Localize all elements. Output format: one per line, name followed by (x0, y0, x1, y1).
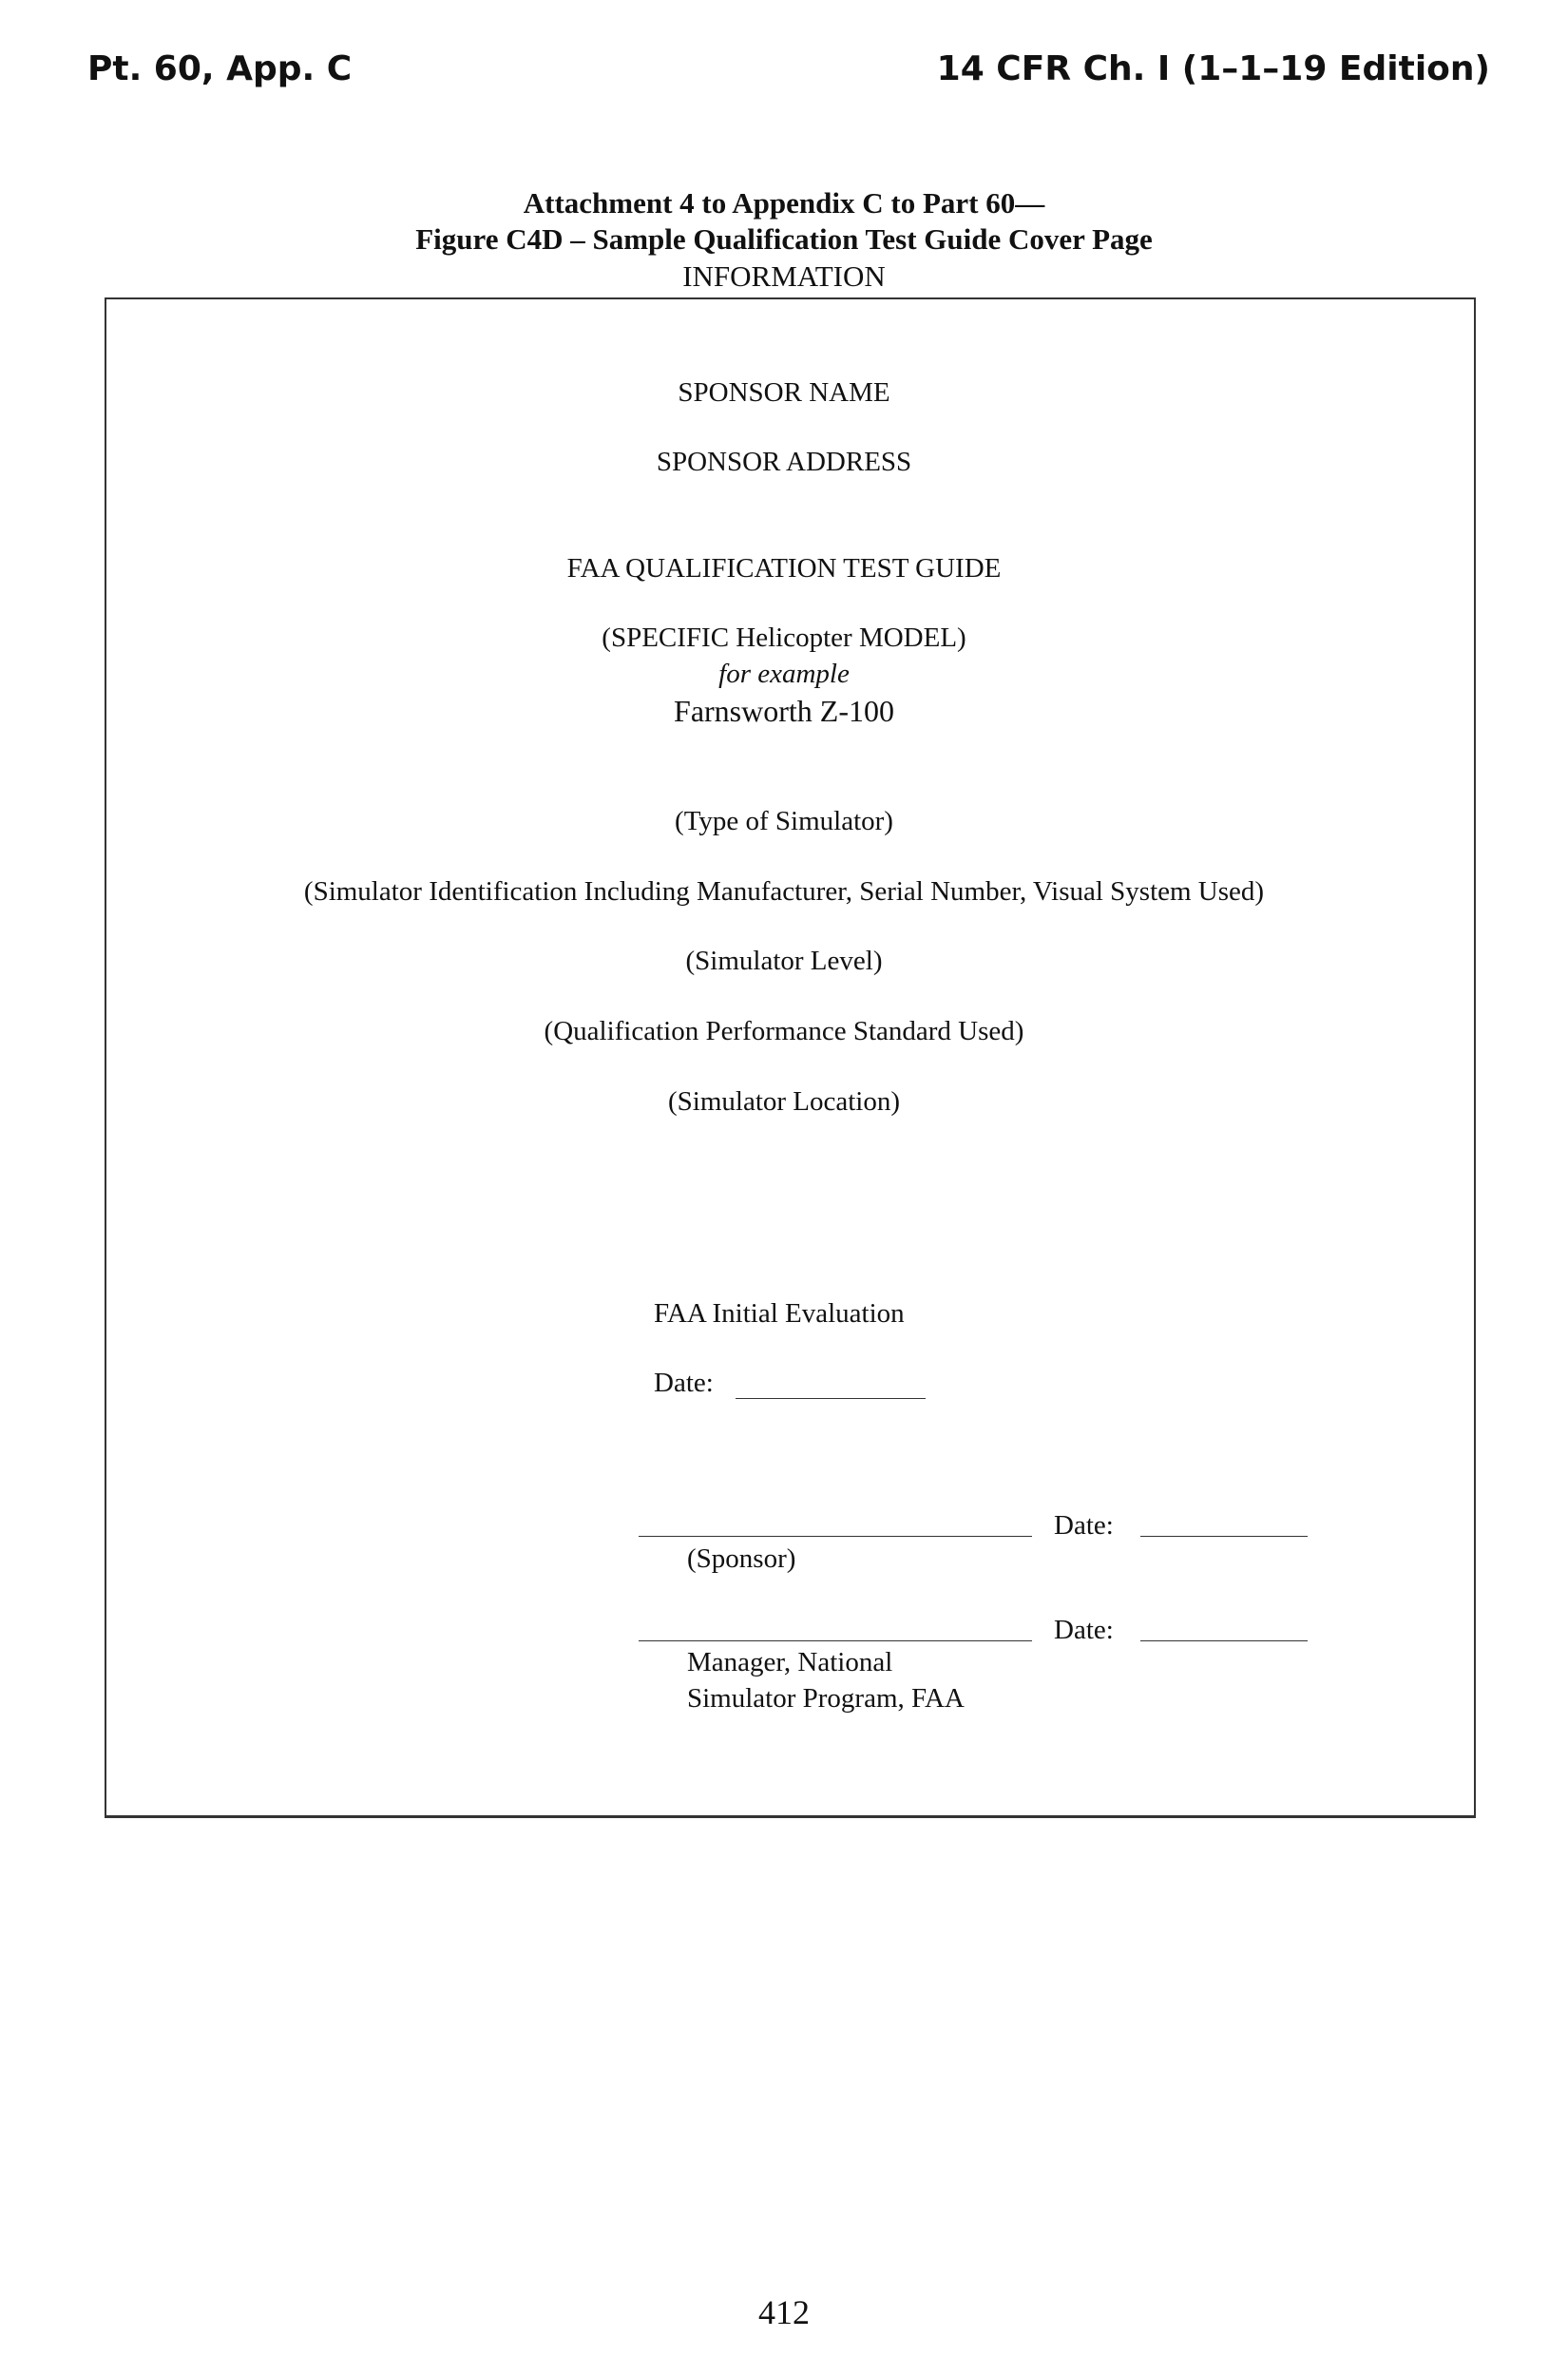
example-model: Farnsworth Z-100 (0, 694, 1568, 729)
simulator-identification: (Simulator Identification Including Manu… (0, 876, 1568, 908)
manager-role-line2: Simulator Program, FAA (687, 1683, 965, 1715)
simulator-type: (Type of Simulator) (0, 806, 1568, 837)
sponsor-address: SPONSOR ADDRESS (0, 447, 1568, 478)
manager-date-field[interactable] (1140, 1640, 1308, 1641)
helicopter-model: (SPECIFIC Helicopter MODEL) (0, 623, 1568, 654)
sponsor-name: SPONSOR NAME (0, 377, 1568, 409)
page-number: 412 (0, 2292, 1568, 2332)
running-header-right: 14 CFR Ch. I (1–1–19 Edition) (937, 49, 1490, 88)
manager-signature-line[interactable] (639, 1640, 1032, 1641)
qps-used: (Qualification Performance Standard Used… (0, 1016, 1568, 1047)
sponsor-signature-line[interactable] (639, 1536, 1032, 1537)
initial-date-label: Date: (654, 1368, 714, 1399)
sponsor-role: (Sponsor) (687, 1543, 795, 1575)
sponsor-date-label: Date: (1054, 1510, 1114, 1542)
manager-role-line1: Manager, National (687, 1647, 892, 1678)
attachment-title: Attachment 4 to Appendix C to Part 60— (0, 186, 1568, 220)
simulator-level: (Simulator Level) (0, 946, 1568, 977)
guide-title: FAA QUALIFICATION TEST GUIDE (0, 553, 1568, 584)
sponsor-date-field[interactable] (1140, 1536, 1308, 1537)
figure-title: Figure C4D – Sample Qualification Test G… (0, 222, 1568, 257)
running-header-left: Pt. 60, App. C (87, 49, 352, 88)
simulator-location: (Simulator Location) (0, 1086, 1568, 1118)
manager-date-label: Date: (1054, 1615, 1114, 1646)
initial-evaluation-label: FAA Initial Evaluation (654, 1298, 905, 1330)
cover-page-frame (105, 297, 1476, 1818)
figure-subtitle: INFORMATION (0, 259, 1568, 294)
initial-date-field[interactable] (736, 1398, 926, 1399)
for-example-label: for example (0, 659, 1568, 690)
